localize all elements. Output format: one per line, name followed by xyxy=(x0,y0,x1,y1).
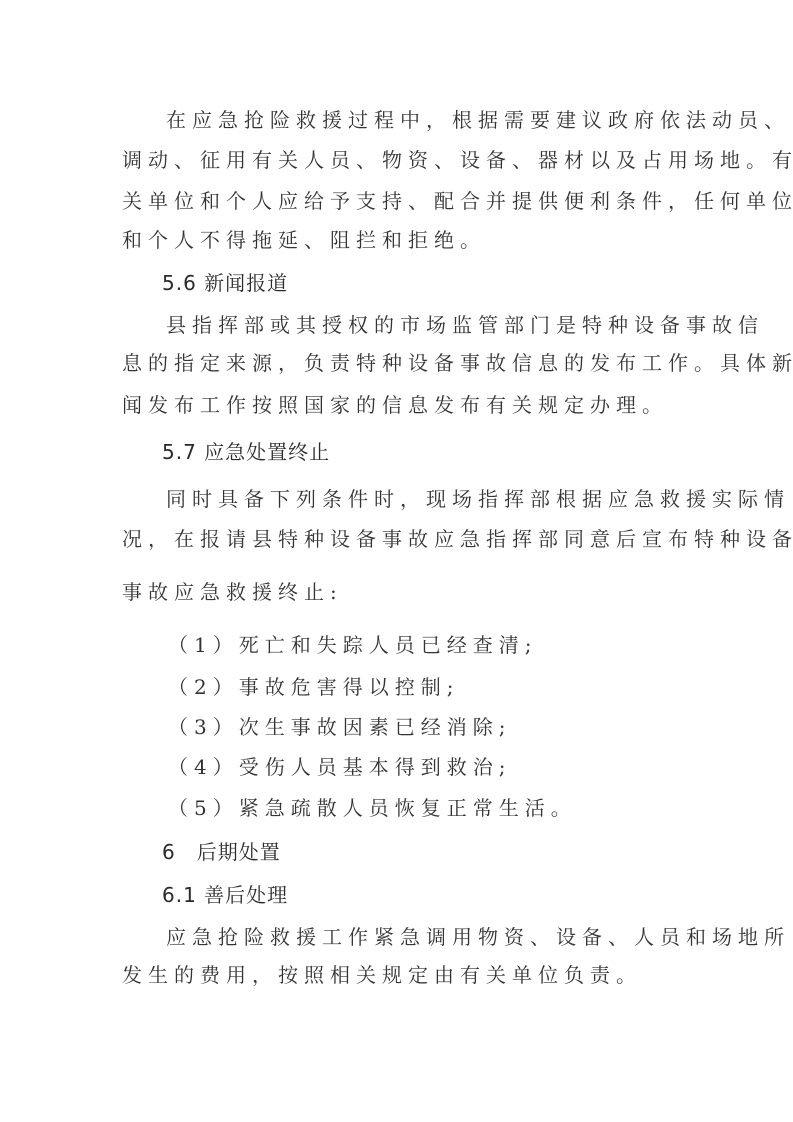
list-item: （3）次生事故因素已经消除; xyxy=(168,713,511,741)
paragraph-line: 关单位和个人应给予支持、配合并提供便利条件，任何单位 xyxy=(122,187,793,215)
section-heading-5-7: 5.7 应急处置终止 xyxy=(162,438,330,466)
paragraph-line: 在应急抢险救援过程中，根据需要建议政府依法动员、 xyxy=(166,106,790,134)
list-item: （5）紧急疏散人员恢复正常生活。 xyxy=(168,794,577,822)
section-heading-5-6: 5.6 新闻报道 xyxy=(162,269,288,297)
paragraph-line: 事故应急救援终止: xyxy=(122,578,343,606)
document-page: 在应急抢险救援过程中，根据需要建议政府依法动员、 调动、征用有关人员、物资、设备… xyxy=(0,0,793,1122)
section-heading-6-1: 6.1 善后处理 xyxy=(162,881,288,909)
paragraph-line: 应急抢险救援工作紧急调用物资、设备、人员和场地所 xyxy=(166,923,790,951)
list-item: （2）事故危害得以控制; xyxy=(168,673,459,701)
paragraph-line: 县指挥部或其授权的市场监管部门是特种设备事故信 xyxy=(166,311,764,339)
list-item: （1）死亡和失踪人员已经查清; xyxy=(168,631,537,659)
section-heading-6: 6 后期处置 xyxy=(162,838,281,866)
list-item: （4）受伤人员基本得到救治; xyxy=(168,753,511,781)
paragraph-line: 发生的费用，按照相关规定由有关单位负责。 xyxy=(122,961,642,989)
paragraph-line: 和个人不得拖延、阻拦和拒绝。 xyxy=(122,226,486,254)
paragraph-line: 息的指定来源，负责特种设备事故信息的发布工作。具体新 xyxy=(122,349,793,377)
paragraph-line: 同时具备下列条件时，现场指挥部根据应急救援实际情 xyxy=(166,485,790,513)
paragraph-line: 闻发布工作按照国家的信息发布有关规定办理。 xyxy=(122,391,668,419)
paragraph-line: 况，在报请县特种设备事故应急指挥部同意后宣布特种设备 xyxy=(122,525,793,553)
paragraph-line: 调动、征用有关人员、物资、设备、器材以及占用场地。有 xyxy=(122,146,793,174)
